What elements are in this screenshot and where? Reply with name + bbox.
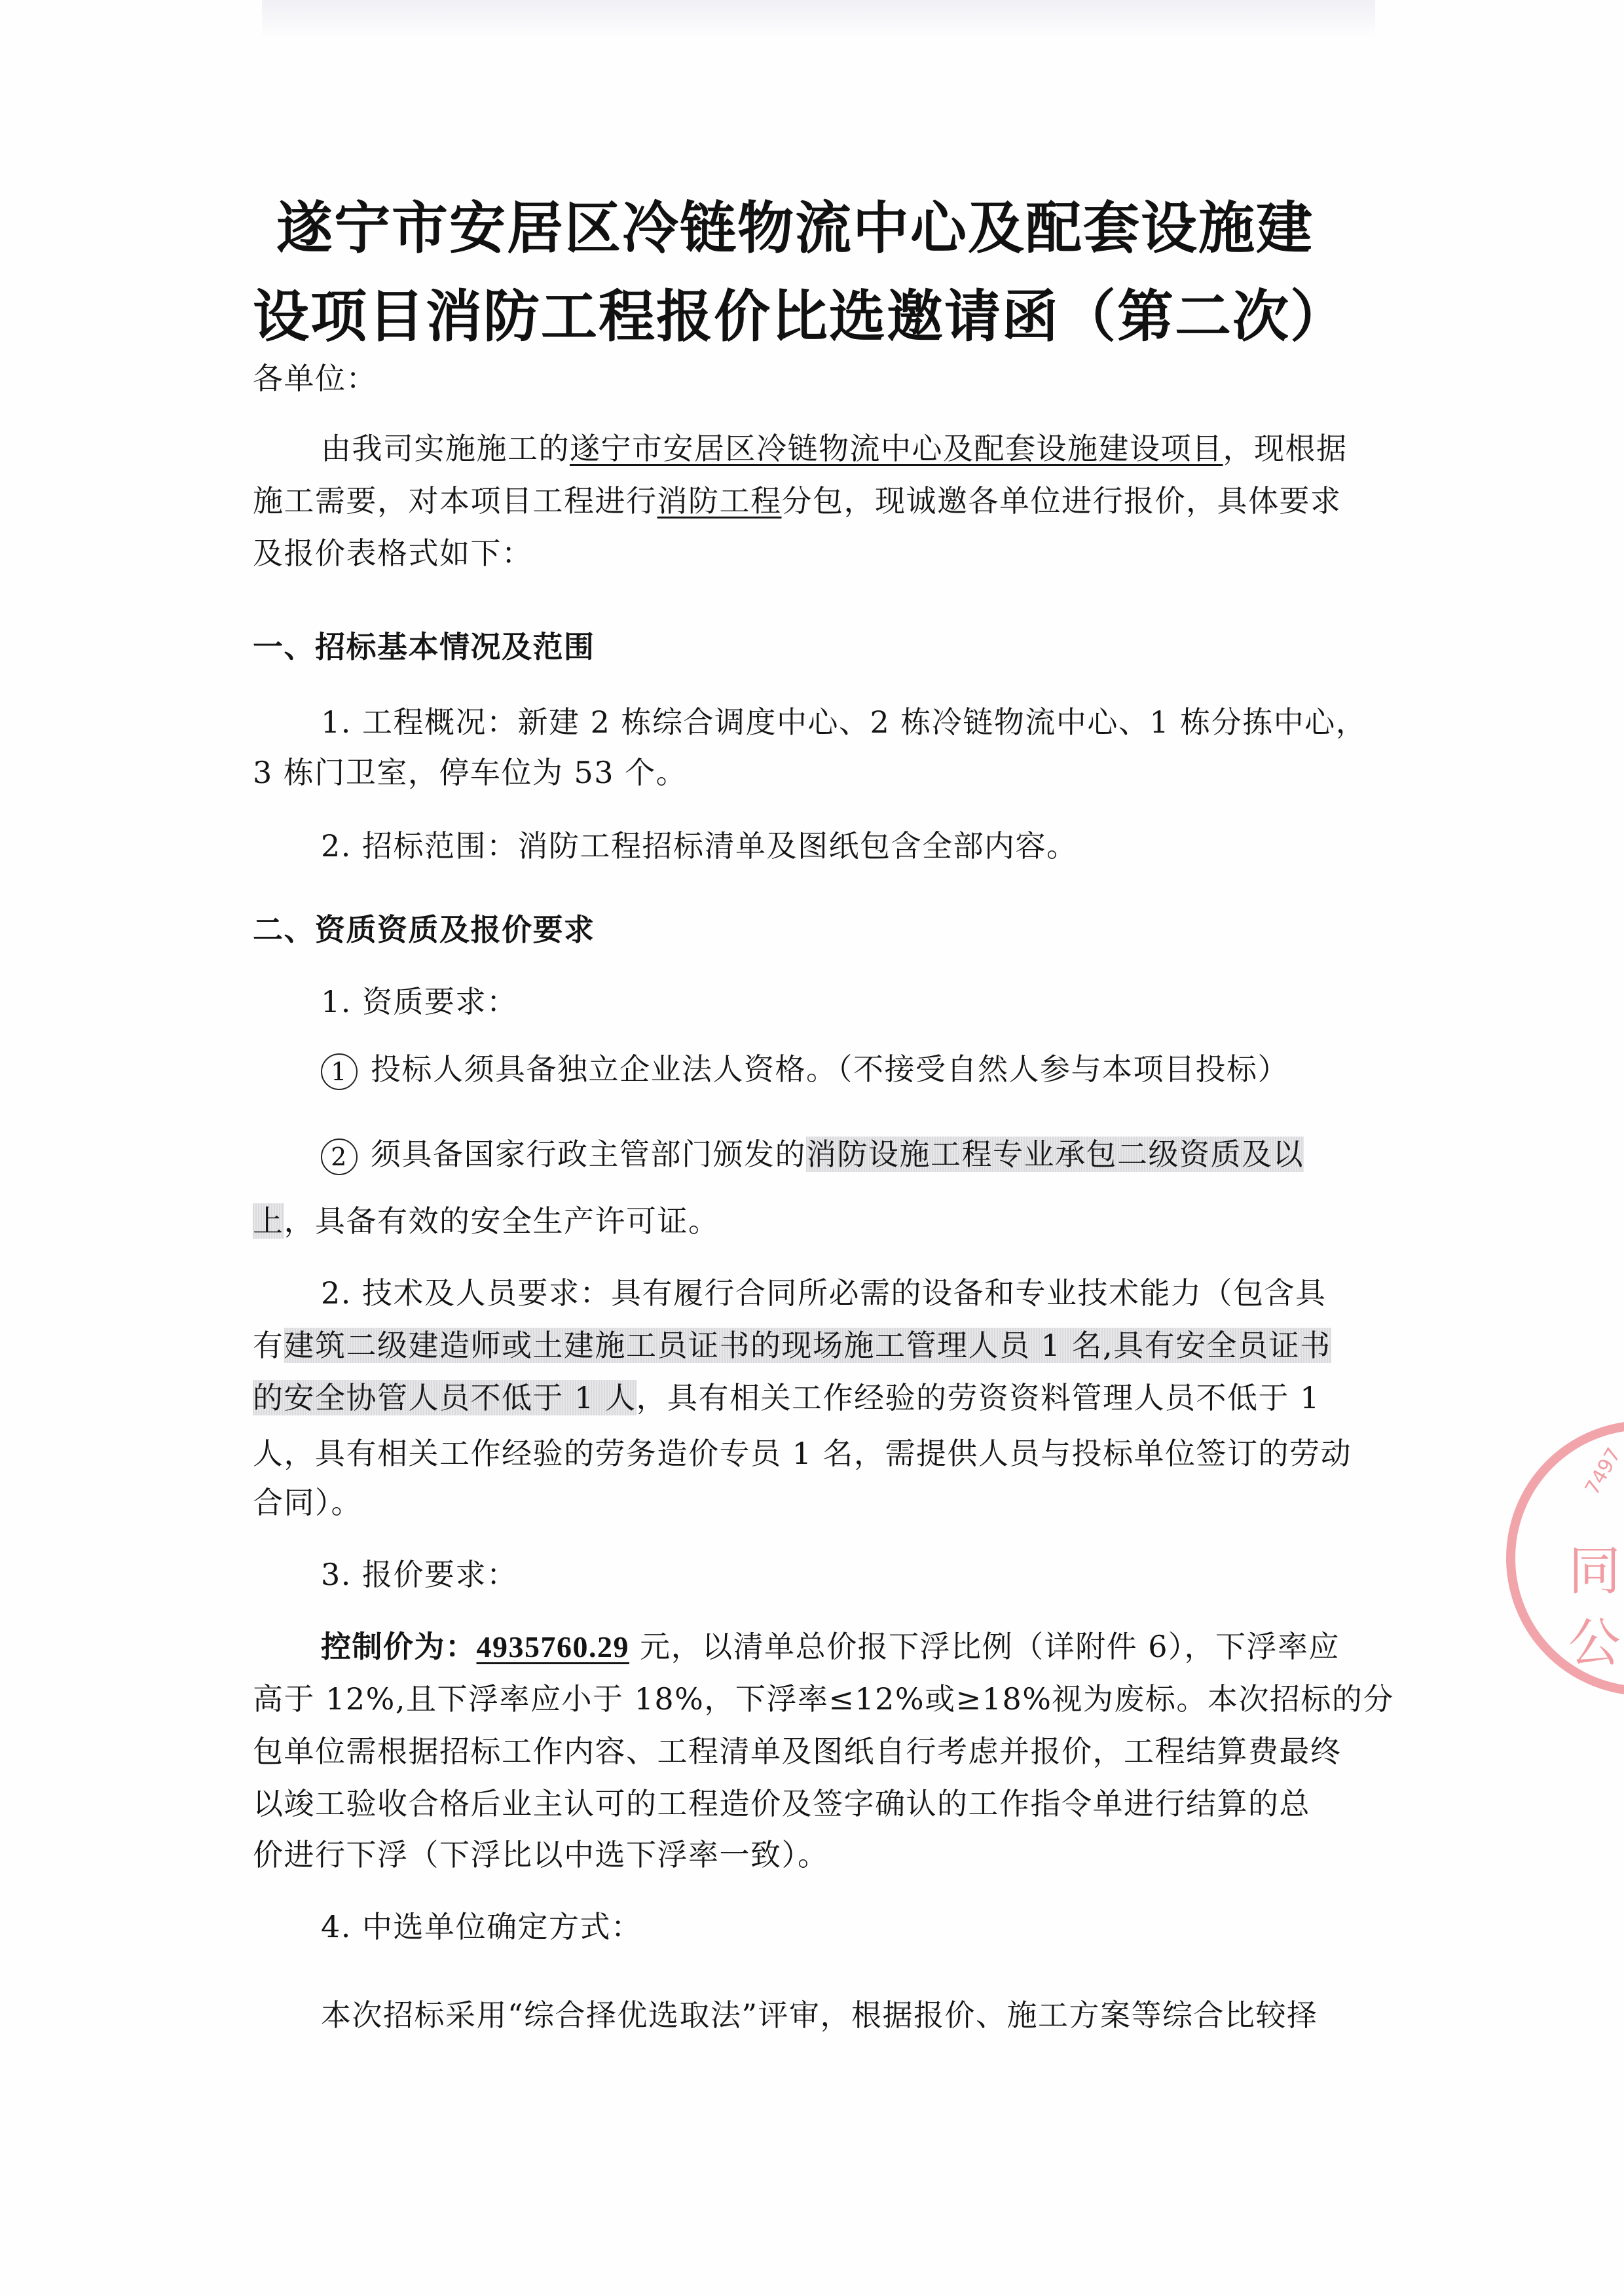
price-line-4: 以竣工验收合格后业主认可的工程造价及签字确认的工作指令单进行结算的总 <box>253 1784 1310 1823</box>
title-line-2: 设项目消防工程报价比选邀请函（第二次） <box>253 273 1390 361</box>
intro-line-1: 由我司实施施工的遂宁市安居区冷链物流中心及配套设施建设项目，现根据 <box>253 429 1348 468</box>
price-heading: 3. 报价要求： <box>253 1555 518 1594</box>
highlight-personnel: 建筑二级建造师或土建施工员证书的现场施工管理人员 1 名,具有安全员证书 <box>284 1328 1331 1363</box>
scan-shading <box>262 0 1375 39</box>
tech-line-3: 的安全协管人员不低于 1 人，具有相关工作经验的劳资资料管理人员不低于 1 <box>253 1378 1320 1417</box>
section-1-item-1-line-1: 1. 工程概况：新建 2 栋综合调度中心、2 栋冷链物流中心、1 栋分拣中心， <box>253 702 1367 742</box>
price-label: 控制价为： <box>321 1630 477 1664</box>
section-1-heading: 一、招标基本情况及范围 <box>253 627 595 666</box>
qualification-item-1: 1投标人须具备独立企业法人资格。（不接受自然人参与本项目投标） <box>253 1049 1289 1090</box>
section-2-heading: 二、资质资质及报价要求 <box>253 910 595 949</box>
control-price: 4935760.29 <box>477 1630 630 1664</box>
qualification-heading: 1. 资质要求： <box>253 982 518 1021</box>
price-line-1: 控制价为：4935760.29 元，以清单总价报下浮比例（详附件 6），下浮率应 <box>253 1627 1340 1667</box>
salutation: 各单位： <box>253 359 377 398</box>
tech-line-2: 有建筑二级建造师或土建施工员证书的现场施工管理人员 1 名,具有安全员证书 <box>253 1326 1331 1365</box>
price-line-3: 包单位需根据招标工作内容、工程清单及图纸自行考虑并报价，工程结算费最终 <box>253 1732 1342 1771</box>
tech-line-1: 2. 技术及人员要求：具有履行合同所必需的设备和专业技术能力（包含具 <box>253 1273 1327 1313</box>
intro-line-2: 施工需要，对本项目工程进行消防工程分包，现诚邀各单位进行报价，具体要求 <box>253 481 1342 520</box>
seal-characters: 同 公 <box>1568 1535 1621 1679</box>
selection-line-1: 本次招标采用“综合择优选取法”评审，根据报价、施工方案等综合比较择 <box>253 1995 1318 2035</box>
section-1-item-2: 2. 招标范围：消防工程招标清单及图纸包含全部内容。 <box>253 826 1078 866</box>
circled-number-2: 2 <box>321 1139 358 1175</box>
tech-line-5: 合同）。 <box>253 1483 362 1522</box>
scope-word: 消防工程 <box>657 483 782 519</box>
section-1-item-1-line-2: 3 栋门卫室，停车位为 53 个。 <box>253 753 687 792</box>
tech-line-4: 人，具有相关工作经验的劳务造价专员 1 名，需提供人员与投标单位签订的劳动 <box>253 1434 1352 1473</box>
circled-number-1: 1 <box>321 1053 358 1090</box>
title-line-1: 遂宁市安居区冷链物流中心及配套设施建 <box>276 196 1314 261</box>
project-name: 遂宁市安居区冷链物流中心及配套设施建设项目 <box>570 431 1223 466</box>
highlight-qualification: 消防设施工程专业承包二级资质及以 <box>806 1137 1304 1172</box>
selection-heading: 4. 中选单位确定方式： <box>253 1907 642 1946</box>
price-line-2: 高于 12%,且下浮率应小于 18%，下浮率≤12%或≥18%视为废标。本次招标… <box>253 1679 1394 1719</box>
document-title: 遂宁市安居区冷链物流中心及配套设施建 设项目消防工程报价比选邀请函（第二次） <box>276 185 1390 361</box>
qualification-item-2-line-2: 上，具备有效的安全生产许可证。 <box>253 1201 720 1241</box>
qualification-item-2-line-1: 2须具备国家行政主管部门颁发的消防设施工程专业承包二级资质及以 <box>253 1135 1304 1175</box>
highlight-safety: 的安全协管人员不低于 1 人 <box>253 1380 637 1415</box>
intro-line-3: 及报价表格式如下： <box>253 534 533 573</box>
price-line-5: 价进行下浮（下浮比以中选下浮率一致）。 <box>253 1835 829 1874</box>
